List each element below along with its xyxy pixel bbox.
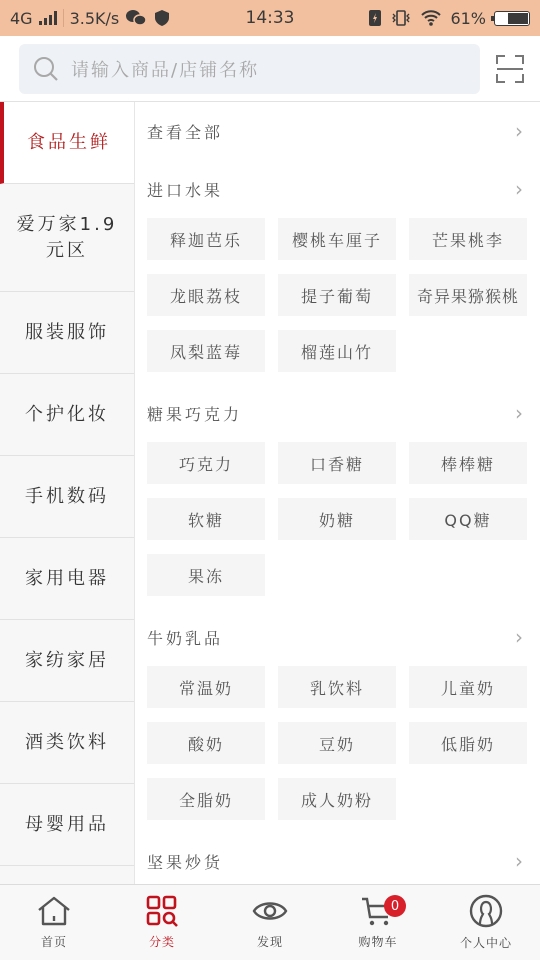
chevron-right-icon: › [515,401,526,425]
battery-icon [494,11,530,26]
status-bar: 4G 3.5K/s 14:33 61% [0,0,540,36]
tag-grid-dairy: 常温奶 乳饮料 儿童奶 酸奶 豆奶 低脂奶 全脂奶 成人奶粉 [147,666,540,820]
tag-item[interactable]: 常温奶 [147,666,265,708]
tag-grid-imported-fruit: 释迦芭乐 樱桃车厘子 芒果桃李 龙眼荔枝 提子葡萄 奇异果猕猴桃 凤梨蓝莓 榴莲… [147,218,540,372]
chevron-right-icon: › [515,177,526,201]
tag-item[interactable]: 芒果桃李 [409,218,527,260]
tag-item[interactable]: 奇异果猕猴桃 [409,274,527,316]
search-header: 请输入商品/店铺名称 [0,36,540,102]
chevron-right-icon: › [515,119,526,143]
section-header-imported-fruit[interactable]: 进口水果 › [147,160,540,218]
wifi-icon [420,9,442,27]
tag-item[interactable]: 巧克力 [147,442,265,484]
tag-item[interactable]: 酸奶 [147,722,265,764]
sidebar-item-personal-care[interactable]: 个护化妆 [0,374,134,456]
tab-category[interactable]: 分类 [108,885,216,960]
chevron-right-icon: › [515,849,526,873]
section-header-nuts[interactable]: 坚果炒货 › [147,832,540,884]
tag-item[interactable]: 释迦芭乐 [147,218,265,260]
tag-item[interactable]: 奶糖 [278,498,396,540]
tag-item[interactable]: 凤梨蓝莓 [147,330,265,372]
tab-profile[interactable]: 个人中心 [432,885,540,960]
category-sidebar: 食品生鲜 爱万家1.9元区 服装服饰 个护化妆 手机数码 家用电器 家纺家居 酒… [0,102,135,884]
sidebar-item-1-9-yuan[interactable]: 爱万家1.9元区 [0,184,134,292]
home-icon [36,895,72,927]
sidebar-item-drinks[interactable]: 酒类饮料 [0,702,134,784]
section-header-dairy[interactable]: 牛奶乳品 › [147,608,540,666]
tag-item[interactable]: 全脂奶 [147,778,265,820]
search-input[interactable]: 请输入商品/店铺名称 [19,44,480,94]
user-icon [469,894,503,928]
sidebar-item-food[interactable]: 食品生鲜 [0,102,134,184]
sidebar-item-baby[interactable]: 母婴用品 [0,784,134,866]
tag-item[interactable]: QQ糖 [409,498,527,540]
tag-item[interactable]: 提子葡萄 [278,274,396,316]
view-all-link[interactable]: 查看全部 › [147,102,540,160]
tag-item[interactable]: 豆奶 [278,722,396,764]
tag-item[interactable]: 乳饮料 [278,666,396,708]
tag-item[interactable]: 榴莲山竹 [278,330,396,372]
tag-item[interactable]: 成人奶粉 [278,778,396,820]
sidebar-item-clothing[interactable]: 服装服饰 [0,292,134,374]
scan-icon [495,54,525,84]
chevron-right-icon: › [515,625,526,649]
tag-item[interactable]: 棒棒糖 [409,442,527,484]
vibrate-icon [390,9,412,27]
sidebar-item-digital[interactable]: 手机数码 [0,456,134,538]
tag-grid-candy: 巧克力 口香糖 棒棒糖 软糖 奶糖 QQ糖 果冻 [147,442,540,596]
tag-item[interactable]: 儿童奶 [409,666,527,708]
tab-home[interactable]: 首页 [0,885,108,960]
wechat-icon [125,9,147,27]
network-type: 4G [10,9,33,28]
battery-saver-icon [368,9,382,27]
cart-badge: 0 [384,895,406,917]
search-icon [33,56,59,82]
category-icon [146,895,178,927]
tag-item[interactable]: 樱桃车厘子 [278,218,396,260]
bottom-tab-bar: 首页 分类 发现 0 购物车 个人中心 [0,884,540,960]
signal-icon [39,11,57,25]
tag-item[interactable]: 果冻 [147,554,265,596]
tag-item[interactable]: 龙眼荔枝 [147,274,265,316]
tag-item[interactable]: 口香糖 [278,442,396,484]
search-placeholder: 请输入商品/店铺名称 [71,56,259,82]
tab-cart[interactable]: 0 购物车 [324,885,432,960]
section-header-candy[interactable]: 糖果巧克力 › [147,384,540,442]
network-speed: 3.5K/s [70,9,120,28]
shield-icon [153,9,171,27]
subcategory-panel: 查看全部 › 进口水果 › 释迦芭乐 樱桃车厘子 芒果桃李 龙眼荔枝 提子葡萄 … [135,102,540,884]
tag-item[interactable]: 低脂奶 [409,722,527,764]
sidebar-item-home-textiles[interactable]: 家纺家居 [0,620,134,702]
tab-discover[interactable]: 发现 [216,885,324,960]
scan-button[interactable] [480,44,540,94]
eye-icon [252,895,288,927]
sidebar-item-appliances[interactable]: 家用电器 [0,538,134,620]
tag-item[interactable]: 软糖 [147,498,265,540]
battery-percent: 61% [450,9,486,28]
